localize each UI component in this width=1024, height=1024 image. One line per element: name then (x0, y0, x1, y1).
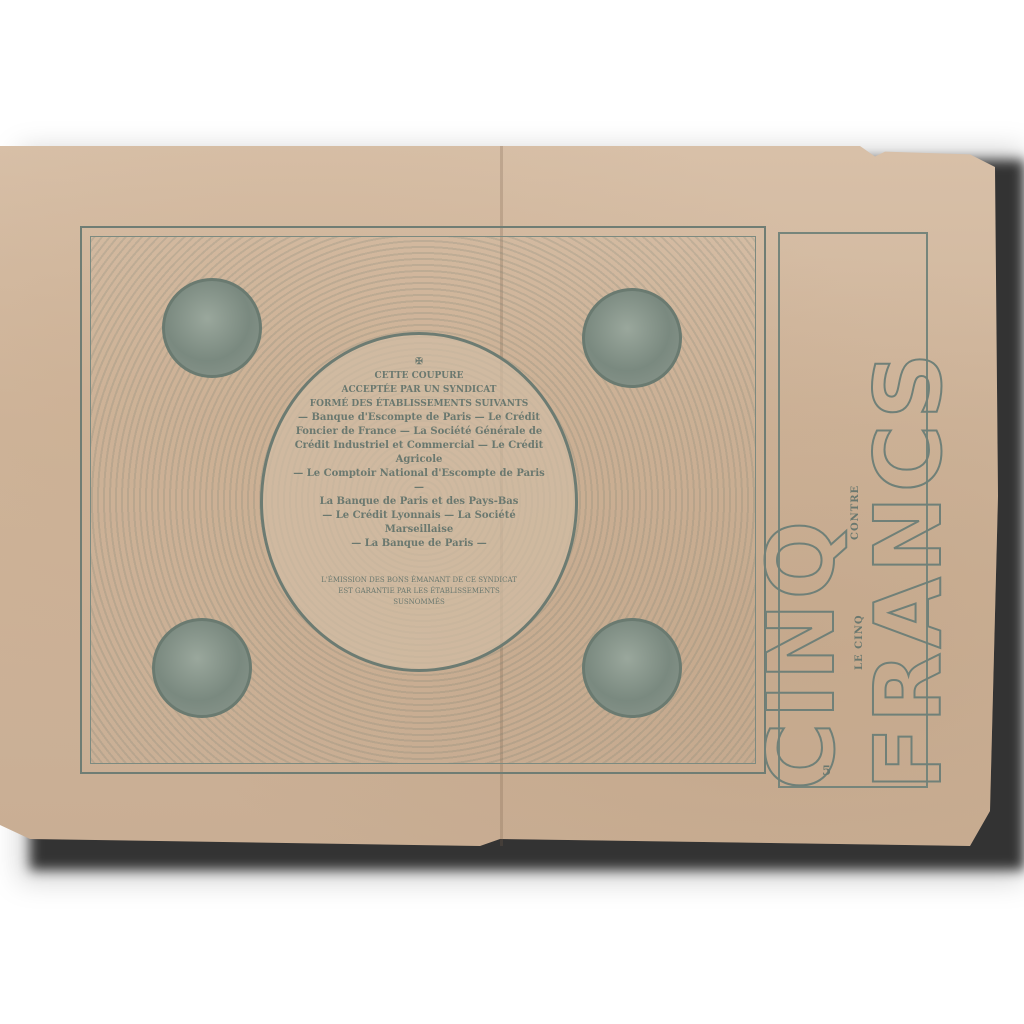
ribbon-text: LE CINQ (854, 614, 865, 670)
central-text: ✠ CETTE COUPURE ACCEPTÉE PAR UN SYNDICAT… (293, 355, 545, 608)
text-line: — Le Crédit Lyonnais — La Société Marsei… (293, 509, 545, 537)
footer-line: SUSNOMMÉS (293, 597, 545, 608)
ribbon: CONTRE LE CINQ (780, 234, 930, 790)
text-line: La Banque de Paris et des Pays-Bas (293, 495, 545, 509)
ribbon-text: CONTRE (850, 485, 861, 540)
text-line: — La Banque de Paris — (293, 537, 545, 551)
medallion-portrait-top-right (582, 288, 682, 388)
text-line: FORMÉ DES ÉTABLISSEMENTS SUIVANTS (293, 397, 545, 411)
medallion-portrait-top-left (162, 278, 262, 378)
text-line: Crédit Industriel et Commercial — Le Cré… (293, 439, 545, 467)
medallion-portrait-bottom-right (582, 618, 682, 718)
text-line: Foncier de France — La Société Générale … (293, 425, 545, 439)
denomination-panel: CINQ FRANCS CONTRE LE CINQ (778, 232, 928, 788)
ornament-icon: ✠ (293, 355, 545, 369)
denomination-mark: 5 (822, 764, 831, 779)
text-line: — Le Comptoir National d'Escompte de Par… (293, 467, 545, 495)
footer-text: L'ÉMISSION DES BONS ÉMANANT DE CE SYNDIC… (293, 575, 545, 608)
footer-line: L'ÉMISSION DES BONS ÉMANANT DE CE SYNDIC… (293, 575, 545, 586)
text-line: — Banque d'Escompte de Paris — Le Crédit (293, 411, 545, 425)
text-line: ACCEPTÉE PAR UN SYNDICAT (293, 383, 545, 397)
central-text-medallion: ✠ CETTE COUPURE ACCEPTÉE PAR UN SYNDICAT… (260, 332, 578, 672)
medallion-portrait-bottom-left (152, 618, 252, 718)
ornamental-frame: ✠ CETTE COUPURE ACCEPTÉE PAR UN SYNDICAT… (80, 226, 766, 774)
footer-line: EST GARANTIE PAR LES ÉTABLISSEMENTS (293, 586, 545, 597)
text-line: CETTE COUPURE (293, 369, 545, 383)
